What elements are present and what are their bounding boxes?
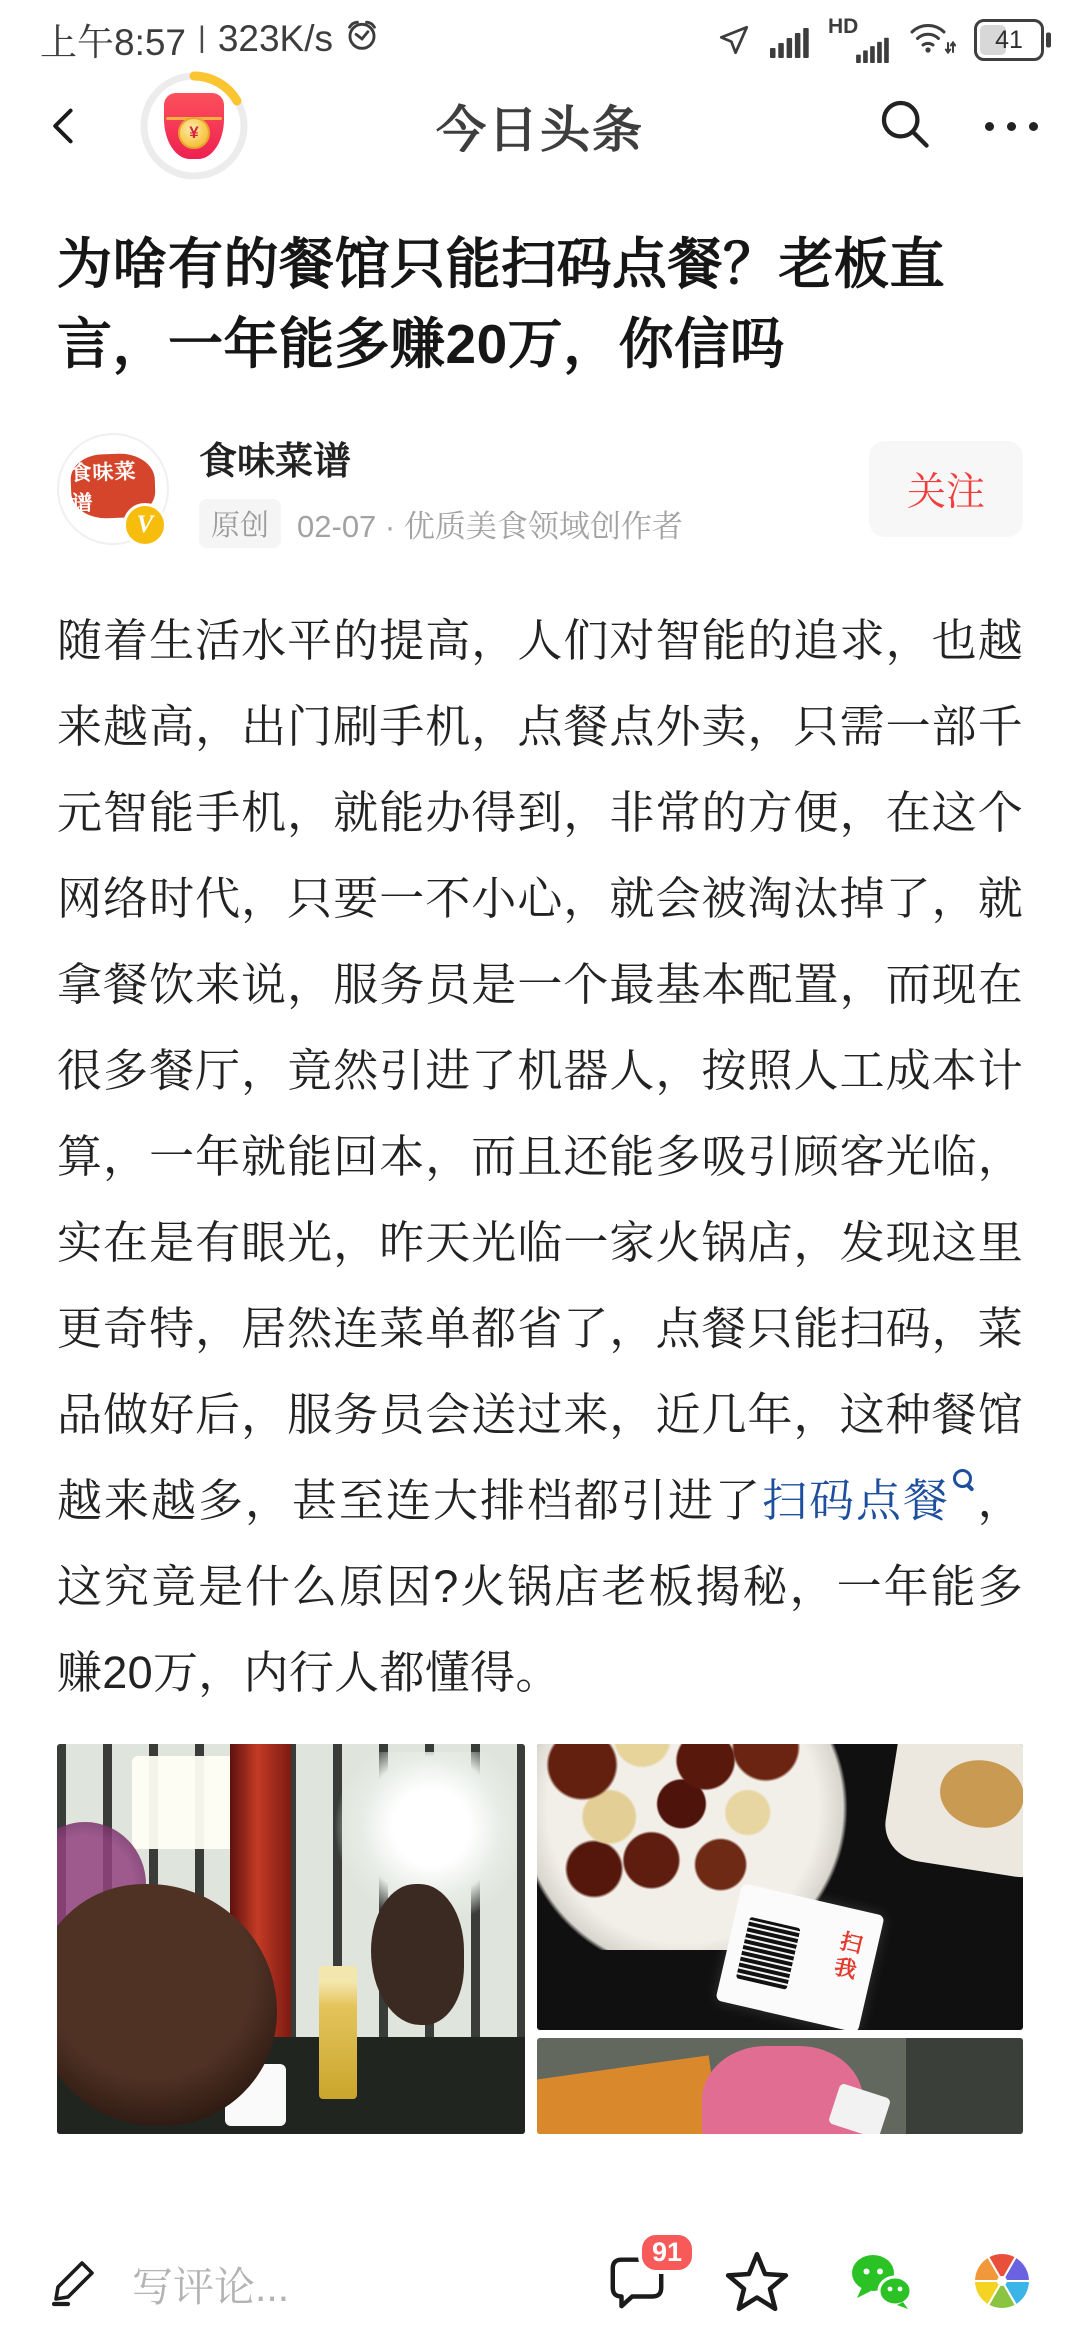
- bottom-action-bar: 写评论... 91: [0, 2226, 1080, 2340]
- second-customer: [906, 2038, 1023, 2134]
- follow-button[interactable]: 关注: [869, 441, 1023, 537]
- original-tag: 原创: [199, 499, 281, 548]
- comment-count-badge: 91: [638, 2231, 696, 2274]
- app-title: 今日头条: [436, 90, 644, 162]
- status-time: 上午8:57: [40, 12, 186, 66]
- red-packet-reward-button[interactable]: ¥: [138, 70, 250, 182]
- author-row: 食味菜谱 V 食味菜谱 原创 02-07 · 优质美食领域创作者 关注: [57, 430, 1023, 548]
- write-comment-button[interactable]: 写评论...: [46, 2253, 289, 2314]
- beer-tower: [319, 1966, 356, 2099]
- back-button[interactable]: [42, 104, 86, 148]
- status-bar: 上午8:57 | 323K/s: [0, 0, 1080, 72]
- location-arrow-icon: [716, 22, 752, 63]
- network-speed: 323K/s: [218, 18, 333, 60]
- yuan-coin-icon: ¥: [178, 117, 210, 149]
- author-avatar[interactable]: 食味菜谱 V: [57, 433, 169, 545]
- author-meta-text: 02-07 · 优质美食领域创作者: [297, 501, 683, 546]
- battery-nub: [1046, 33, 1051, 48]
- photo-restaurant-table[interactable]: [57, 1744, 525, 2134]
- author-name[interactable]: 食味菜谱: [199, 430, 683, 485]
- pencil-icon: [46, 2253, 102, 2314]
- wooden-table: [537, 2055, 723, 2134]
- comments-button[interactable]: 91: [606, 2249, 668, 2318]
- article-images: 扫我: [0, 1744, 1080, 2134]
- search-superscript-icon[interactable]: [953, 1469, 972, 1488]
- hd-label: HD: [828, 15, 858, 39]
- signal-bars-icon: [770, 26, 810, 63]
- more-options-button[interactable]: [985, 122, 1038, 131]
- status-separator: |: [198, 21, 206, 55]
- comment-input-placeholder[interactable]: 写评论...: [132, 2254, 289, 2313]
- verified-badge: V: [123, 503, 167, 547]
- article-title: 为啥有的餐馆只能扫码点餐？老板直言，一年能多赚20万，你信吗: [57, 224, 1023, 384]
- alarm-icon: [345, 18, 379, 61]
- paragraph-text-before: 随着生活水平的提高，人们对智能的追求，也越来越高，出门刷手机，点餐点外卖，只需一…: [57, 615, 1023, 1526]
- article-paragraph: 随着生活水平的提高，人们对智能的追求，也越来越高，出门刷手机，点餐点外卖，只需一…: [57, 598, 1023, 1716]
- sauce-plate: [880, 1744, 1023, 1883]
- inline-search-link[interactable]: 扫码点餐: [762, 1475, 950, 1526]
- wechat-share-button[interactable]: [846, 2251, 914, 2316]
- qr-code: [735, 1917, 800, 1990]
- nav-bar: ¥ 今日头条: [0, 72, 1080, 180]
- article-content: 为啥有的餐馆只能扫码点餐？老板直言，一年能多赚20万，你信吗 食味菜谱 V 食味…: [0, 224, 1080, 1716]
- battery-percent: 41: [977, 22, 1041, 58]
- favorite-star-button[interactable]: [724, 2248, 790, 2319]
- moments-share-button[interactable]: [970, 2249, 1034, 2318]
- red-envelope-icon: ¥: [164, 93, 224, 159]
- qr-card-label: 扫我: [826, 1928, 868, 1986]
- search-button[interactable]: [877, 96, 933, 157]
- photo-customer[interactable]: [537, 2038, 1023, 2134]
- battery-indicator: 41: [974, 19, 1044, 61]
- hd-signal-icon: HD: [828, 15, 890, 63]
- qr-code-card: 扫我: [715, 1884, 884, 2030]
- photo-dish-qr-card[interactable]: 扫我: [537, 1744, 1023, 2030]
- white-phone: [828, 2083, 892, 2134]
- wifi-icon: [908, 18, 956, 63]
- sauce: [935, 1755, 1023, 1834]
